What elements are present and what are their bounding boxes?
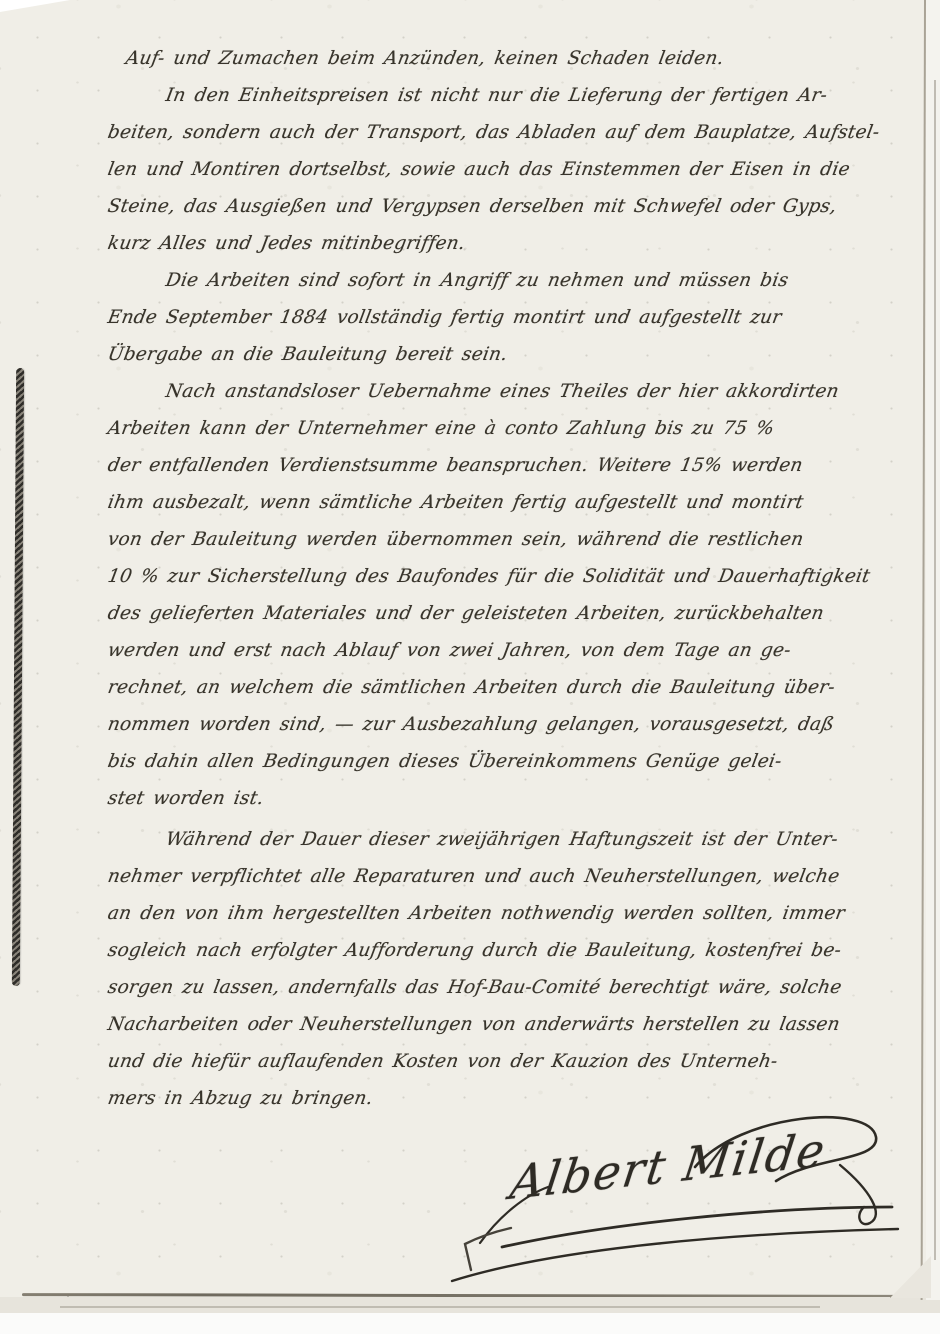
text-line: sogleich nach erfolgter Aufforderung dur… <box>105 932 902 969</box>
text-line: Ende September 1884 vollständig fertig m… <box>105 299 902 336</box>
text-line: beiten, sondern auch der Transport, das … <box>105 114 902 151</box>
under-sheet-strip <box>0 1297 940 1313</box>
page-corner-topleft <box>0 0 70 12</box>
text-line: an den von ihm hergestellten Arbeiten no… <box>105 895 902 932</box>
manuscript-text: Auf- und Zumachen beim Anzünden, keinen … <box>108 40 898 1117</box>
text-line: des gelieferten Materiales und der gelei… <box>105 595 902 632</box>
text-line: werden und erst nach Ablauf von zwei Jah… <box>105 632 902 669</box>
paragraph-continuation: Auf- und Zumachen beim Anzünden, keinen … <box>108 40 898 77</box>
text-line: Während der Dauer dieser zweijährigen Ha… <box>105 821 902 858</box>
text-line: nehmer verpflichtet alle Reparaturen und… <box>105 858 902 895</box>
text-line: ihm ausbezalt, wenn sämtliche Arbeiten f… <box>105 484 902 521</box>
text-line: stet worden ist. <box>105 780 902 817</box>
binding-thread <box>12 368 24 986</box>
text-line: Übergabe an die Bauleitung bereit sein. <box>105 336 902 373</box>
text-line: und die hiefür auflaufenden Kosten von d… <box>105 1043 902 1080</box>
text-line: bis dahin allen Bedingungen dieses Übere… <box>105 743 902 780</box>
text-line: kurz Alles und Jedes mitinbegriffen. <box>105 225 902 262</box>
text-line: sorgen zu lassen, andernfalls das Hof-Ba… <box>105 969 902 1006</box>
right-sheet-edge <box>934 80 936 1260</box>
scanned-page: Auf- und Zumachen beim Anzünden, keinen … <box>0 0 940 1334</box>
text-line: Auf- und Zumachen beim Anzünden, keinen … <box>105 40 902 77</box>
paragraph-unit-prices: In den Einheitspreisen ist nicht nur die… <box>108 77 898 262</box>
text-line: Nach anstandsloser Uebernahme eines Thei… <box>105 373 902 410</box>
text-line: rechnet, an welchem die sämtlichen Arbei… <box>105 669 902 706</box>
under-sheet-edge <box>60 1306 820 1308</box>
paragraph-payment-terms: Nach anstandsloser Uebernahme eines Thei… <box>108 373 898 817</box>
right-sheet-sliver <box>926 0 940 1300</box>
text-line: len und Montiren dortselbst, sowie auch … <box>105 151 902 188</box>
text-line: von der Bauleitung werden übernommen sei… <box>105 521 902 558</box>
text-line: der entfallenden Verdienstsumme beanspru… <box>105 447 902 484</box>
text-line: Arbeiten kann der Unternehmer eine à con… <box>105 410 902 447</box>
text-line: Die Arbeiten sind sofort in Angriff zu n… <box>105 262 902 299</box>
text-line: 10 % zur Sicherstellung des Baufondes fü… <box>105 558 902 595</box>
text-line: Nacharbeiten oder Neuherstellungen von a… <box>105 1006 902 1043</box>
text-line: Steine, das Ausgießen und Vergypsen ders… <box>105 188 902 225</box>
text-line: In den Einheitspreisen ist nicht nur die… <box>105 77 902 114</box>
text-line: nommen worden sind, — zur Ausbezahlung g… <box>105 706 902 743</box>
scanner-background <box>0 1313 940 1334</box>
pen-mark-icon <box>455 1222 519 1278</box>
paragraph-warranty: Während der Dauer dieser zweijährigen Ha… <box>108 821 898 1117</box>
paragraph-deadline: Die Arbeiten sind sofort in Angriff zu n… <box>108 262 898 373</box>
